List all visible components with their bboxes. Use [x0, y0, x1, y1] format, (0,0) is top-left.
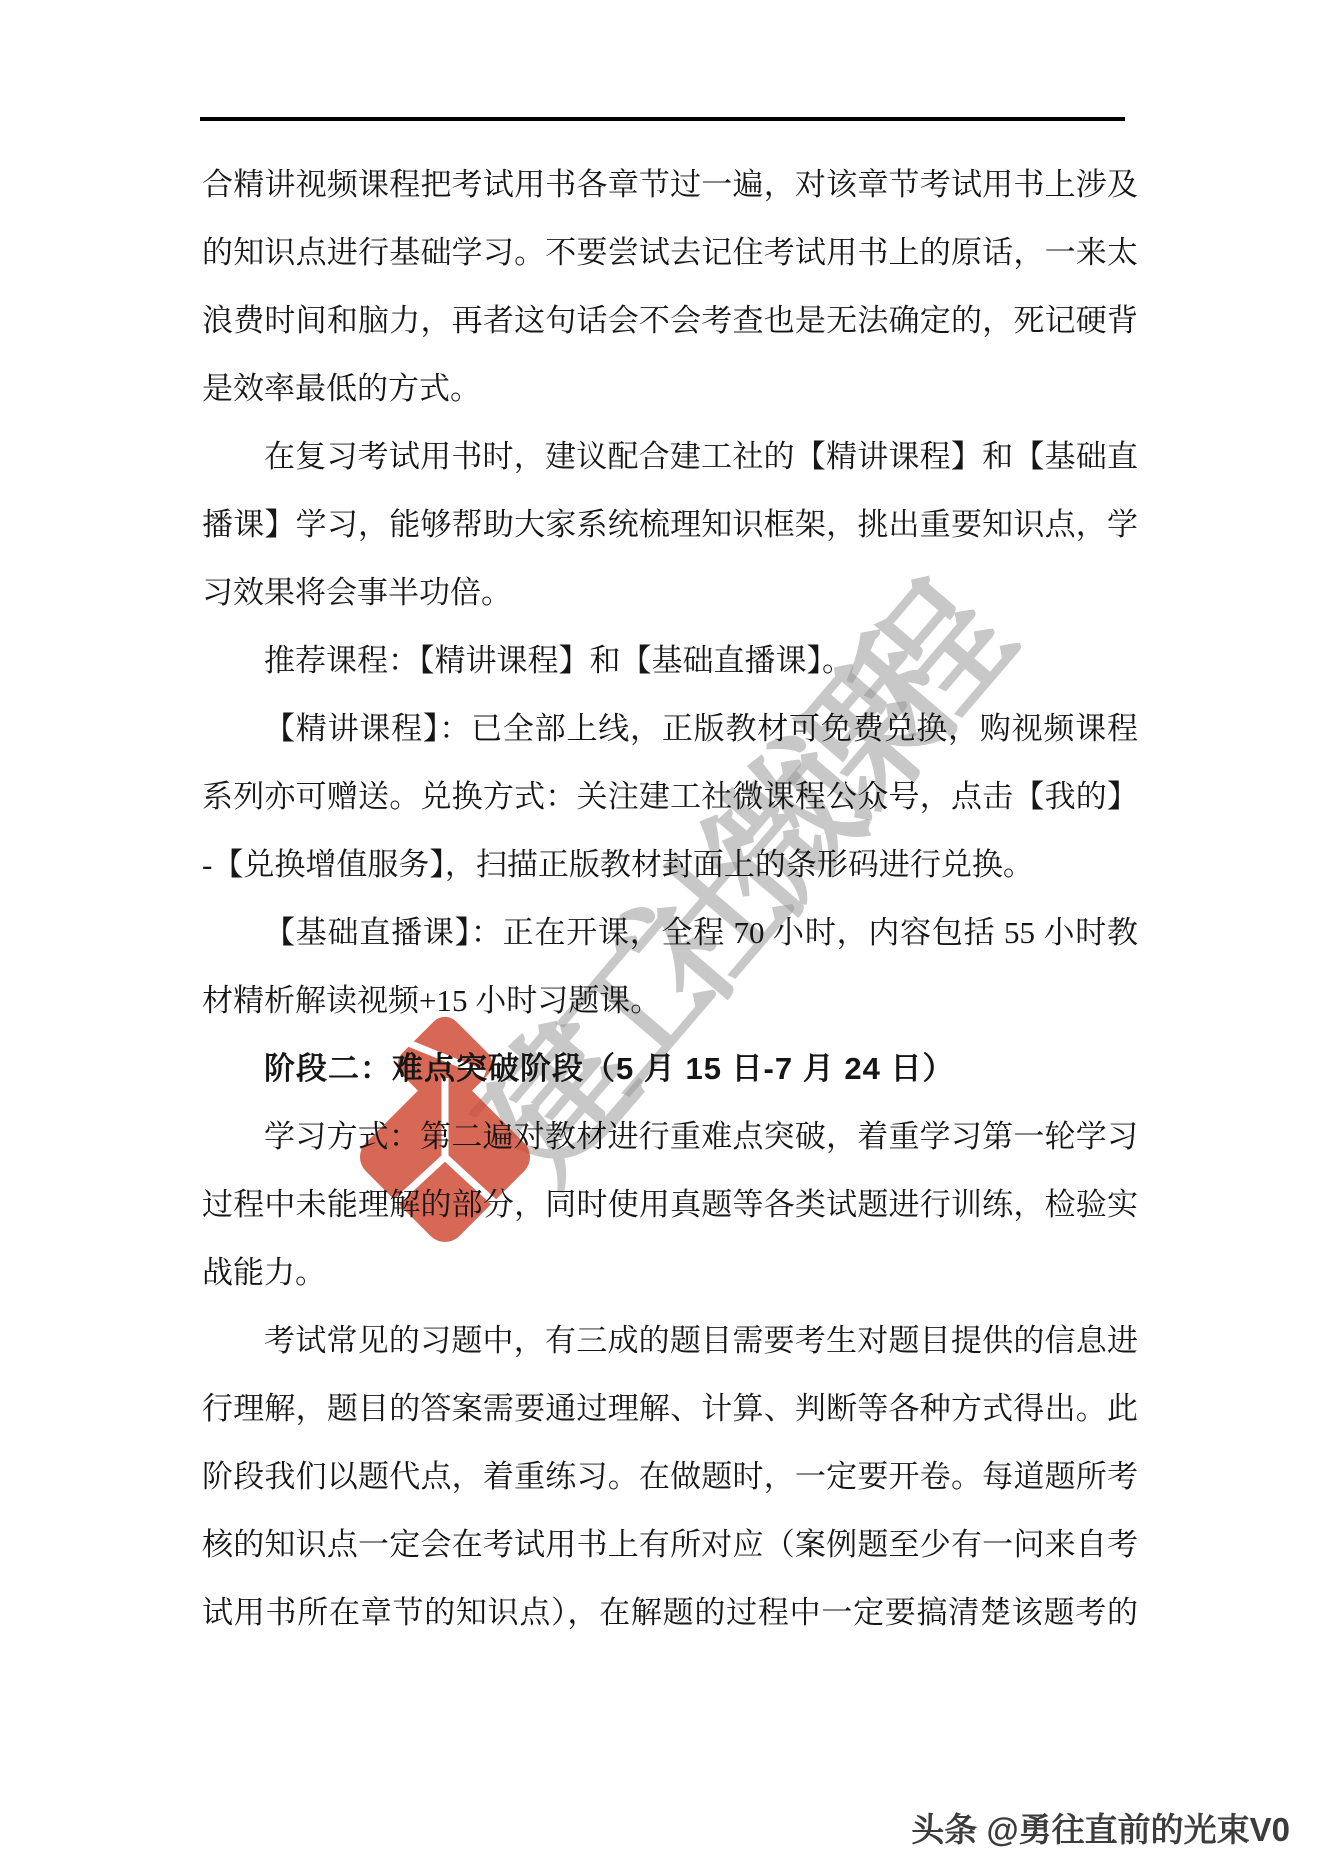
text-line: 浪费时间和脑力，再者这句话会不会考查也是无法确定的，死记硬背 — [202, 287, 1138, 355]
text-line: 阶段我们以题代点，着重练习。在做题时，一定要开卷。每道题所考 — [202, 1443, 1138, 1511]
text-line: 过程中未能理解的部分，同时使用真题等各类试题进行训练，检验实 — [202, 1171, 1138, 1239]
text-line: 战能力。 — [202, 1239, 1138, 1307]
text-line: 试用书所在章节的知识点），在解题的过程中一定要搞清楚该题考的 — [202, 1579, 1138, 1647]
text-line: 【精讲课程】：已全部上线，正版教材可免费兑换，购视频课程 — [202, 695, 1138, 763]
text-line: 【基础直播课】：正在开课，全程 70 小时，内容包括 55 小时教 — [202, 899, 1138, 967]
page: { "page": { "background": "#ffffff", "di… — [0, 0, 1323, 1871]
text-line: 考试常见的习题中，有三成的题目需要考生对题目提供的信息进 — [202, 1307, 1138, 1375]
text-line: 系列亦可赠送。兑换方式：关注建工社微课程公众号，点击【我的】 — [202, 763, 1138, 831]
text-line: 行理解，题目的答案需要通过理解、计算、判断等各种方式得出。此 — [202, 1375, 1138, 1443]
text-line: 核的知识点一定会在考试用书上有所对应（案例题至少有一问来自考 — [202, 1511, 1138, 1579]
top-divider — [200, 117, 1125, 121]
stage-heading: 阶段二：难点突破阶段（5 月 15 日-7 月 24 日） — [202, 1035, 1138, 1103]
text-line: 是效率最低的方式。 — [202, 355, 1138, 423]
text-line: 推荐课程：【精讲课程】和【基础直播课】。 — [202, 627, 1138, 695]
text-line: 合精讲视频课程把考试用书各章节过一遍，对该章节考试用书上涉及 — [202, 151, 1138, 219]
text-line: 的知识点进行基础学习。不要尝试去记住考试用书上的原话，一来太 — [202, 219, 1138, 287]
credit-watermark: 头条 @勇往直前的光束V0 — [911, 1804, 1290, 1851]
document-body: 合精讲视频课程把考试用书各章节过一遍，对该章节考试用书上涉及 的知识点进行基础学… — [202, 151, 1138, 1647]
text-line: 学习方式：第二遍对教材进行重难点突破，着重学习第一轮学习 — [202, 1103, 1138, 1171]
text-line: 材精析解读视频+15 小时习题课。 — [202, 967, 1138, 1035]
text-line: 播课】学习，能够帮助大家系统梳理知识框架，挑出重要知识点，学 — [202, 491, 1138, 559]
text-line: 习效果将会事半功倍。 — [202, 559, 1138, 627]
text-line: -【兑换增值服务】，扫描正版教材封面上的条形码进行兑换。 — [202, 831, 1138, 899]
text-line: 在复习考试用书时，建议配合建工社的【精讲课程】和【基础直 — [202, 423, 1138, 491]
